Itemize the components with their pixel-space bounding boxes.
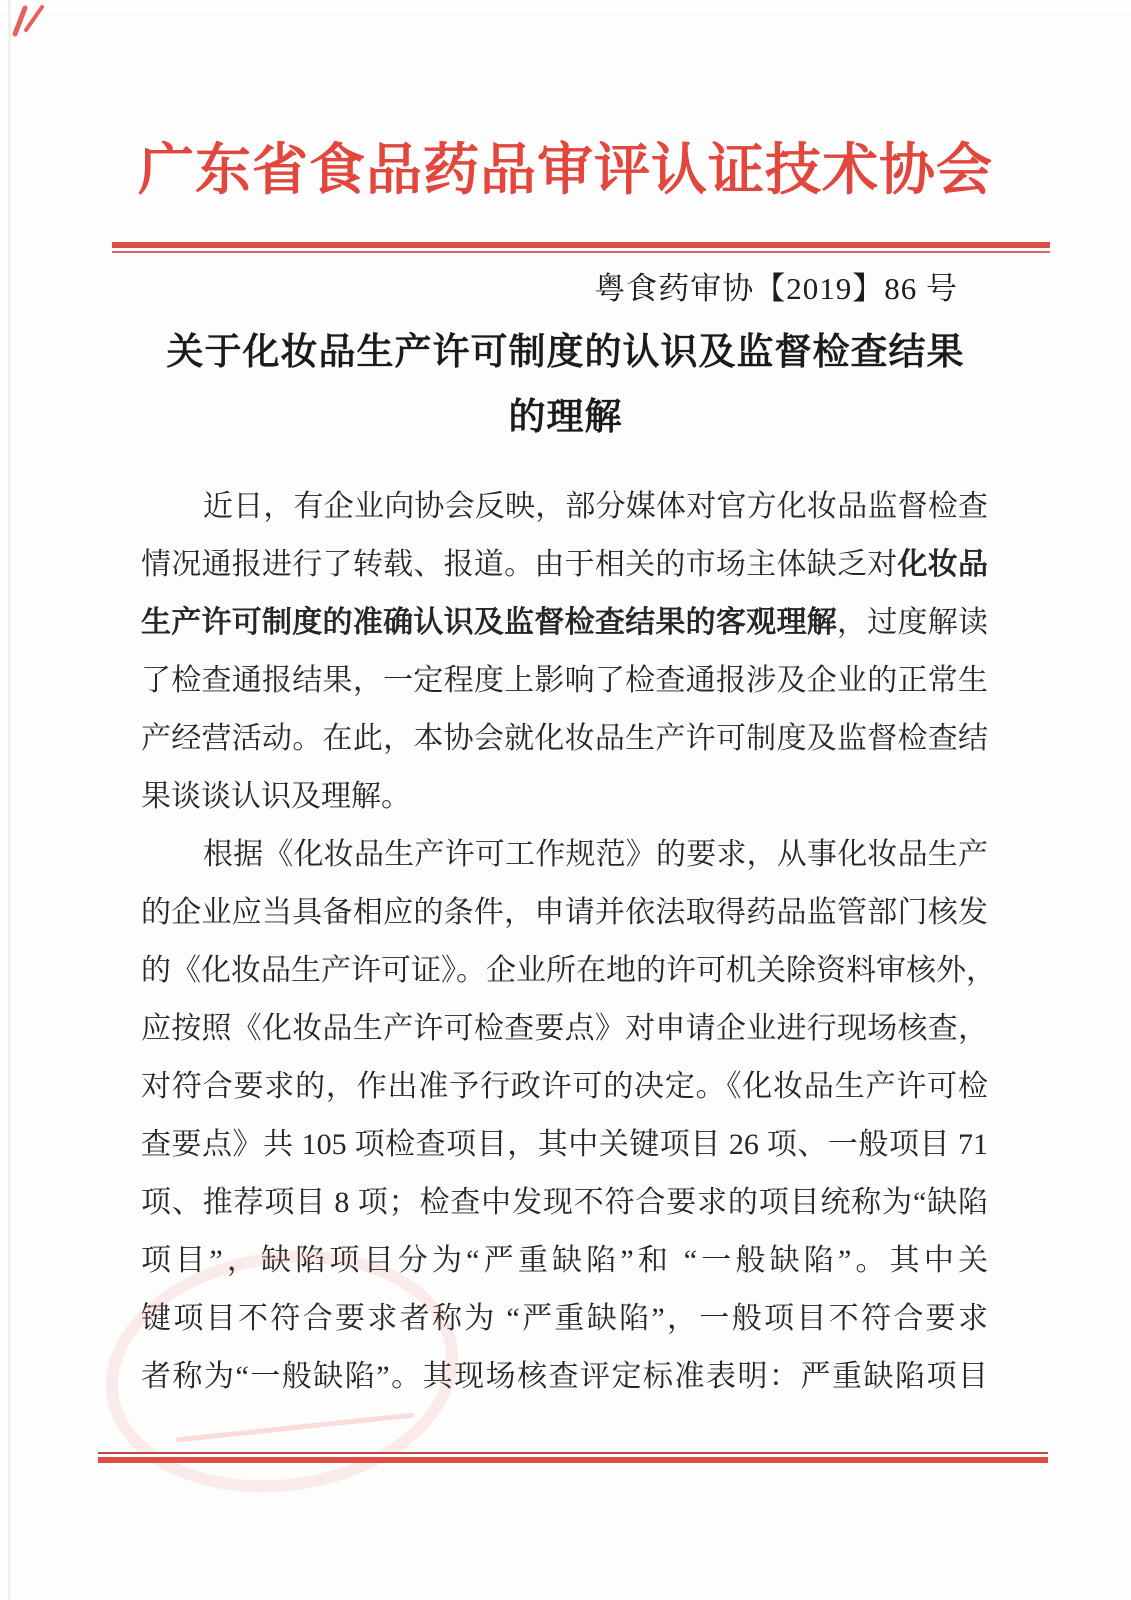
body-text-segment: 的企业应当具备相应的条件，申请并依法取得药品监管部门核发 [141,896,988,929]
body-text-segment: 果谈谈认识及理解。 [141,780,411,813]
body-text-segment: 根据《化妆品生产许可工作规范》的要求，从事化妆品生产 [203,838,988,871]
document-title-line2: 的理解 [110,385,1021,450]
letterhead-divider [112,242,1050,253]
body-text-segment: 查要点》共 105 项检查项目，其中关键项目 26 项、一般项目 71 [141,1128,988,1161]
body-line: 对符合要求的，作出准予行政许可的决定。《化妆品生产许可检 [141,1058,988,1116]
body-line: 了检查通报结果，一定程度上影响了检查通报涉及企业的正常生 [141,652,988,710]
footer-divider [98,1452,1048,1463]
body-text-segment: 的《化妆品生产许可证》。企业所在地的许可机关除资料审核外， [141,954,996,987]
letterhead-org-name: 广东省食品药品审评认证技术协会 [70,126,1061,206]
body-text-segment: 近日，有企业向协会反映，部分媒体对官方化妆品监督检查 [203,490,988,523]
body-text-segment: 项、推荐项目 8 项；检查中发现不符合要求的项目统称为“缺陷 [141,1186,988,1219]
body-line: 近日，有企业向协会反映，部分媒体对官方化妆品监督检查 [141,478,988,536]
document-title-line1: 关于化妆品生产许可制度的认识及监督检查结果 [110,320,1021,385]
footer-divider-thick-line [98,1457,1048,1463]
document-page: 广东省食品药品审评认证技术协会 粤食药审协【2019】86 号 关于化妆品生产许… [0,0,1131,1600]
body-text-segment: 了检查通报结果，一定程度上影响了检查通报涉及企业的正常生 [141,664,988,697]
body-text-segment: 对符合要求的，作出准予行政许可的决定。《化妆品生产许可检 [141,1070,988,1103]
document-title: 关于化妆品生产许可制度的认识及监督检查结果 的理解 [110,320,1021,450]
body-line: 根据《化妆品生产许可工作规范》的要求，从事化妆品生产 [141,826,988,884]
body-line: 果谈谈认识及理解。 [141,768,988,826]
body-line: 应按照《化妆品生产许可检查要点》对申请企业进行现场核查， [141,1000,988,1058]
body-text-segment: 应按照《化妆品生产许可检查要点》对申请企业进行现场核查， [141,1012,988,1045]
body-line: 的《化妆品生产许可证》。企业所在地的许可机关除资料审核外， [141,942,988,1000]
body-line: 情况通报进行了转载、报道。由于相关的市场主体缺乏对化妆品 [141,536,988,594]
body-line: 项、推荐项目 8 项；检查中发现不符合要求的项目统称为“缺陷 [141,1174,988,1232]
red-pen-mark [10,2,60,42]
letterhead-divider-thin-line [112,251,1050,253]
body-text-bold-segment: 生产许可制度的准确认识及监督检查结果的客观理解 [141,606,837,639]
body-text-segment: 情况通报进行了转载、报道。由于相关的市场主体缺乏对 [141,548,897,581]
scan-edge-line [8,0,11,1600]
body-text-segment: ，过度解读 [837,606,988,639]
body-line: 查要点》共 105 项检查项目，其中关键项目 26 项、一般项目 71 [141,1116,988,1174]
body-line: 产经营活动。在此，本协会就化妆品生产许可制度及监督检查结 [141,710,988,768]
body-line: 的企业应当具备相应的条件，申请并依法取得药品监管部门核发 [141,884,988,942]
body-text-bold-segment: 化妆品 [897,548,988,581]
body-text-segment: 产经营活动。在此，本协会就化妆品生产许可制度及监督检查结 [141,722,988,755]
document-number: 粤食药审协【2019】86 号 [140,263,958,308]
body-line: 生产许可制度的准确认识及监督检查结果的客观理解，过度解读 [141,594,988,652]
scan-top-edge [0,0,1131,15]
